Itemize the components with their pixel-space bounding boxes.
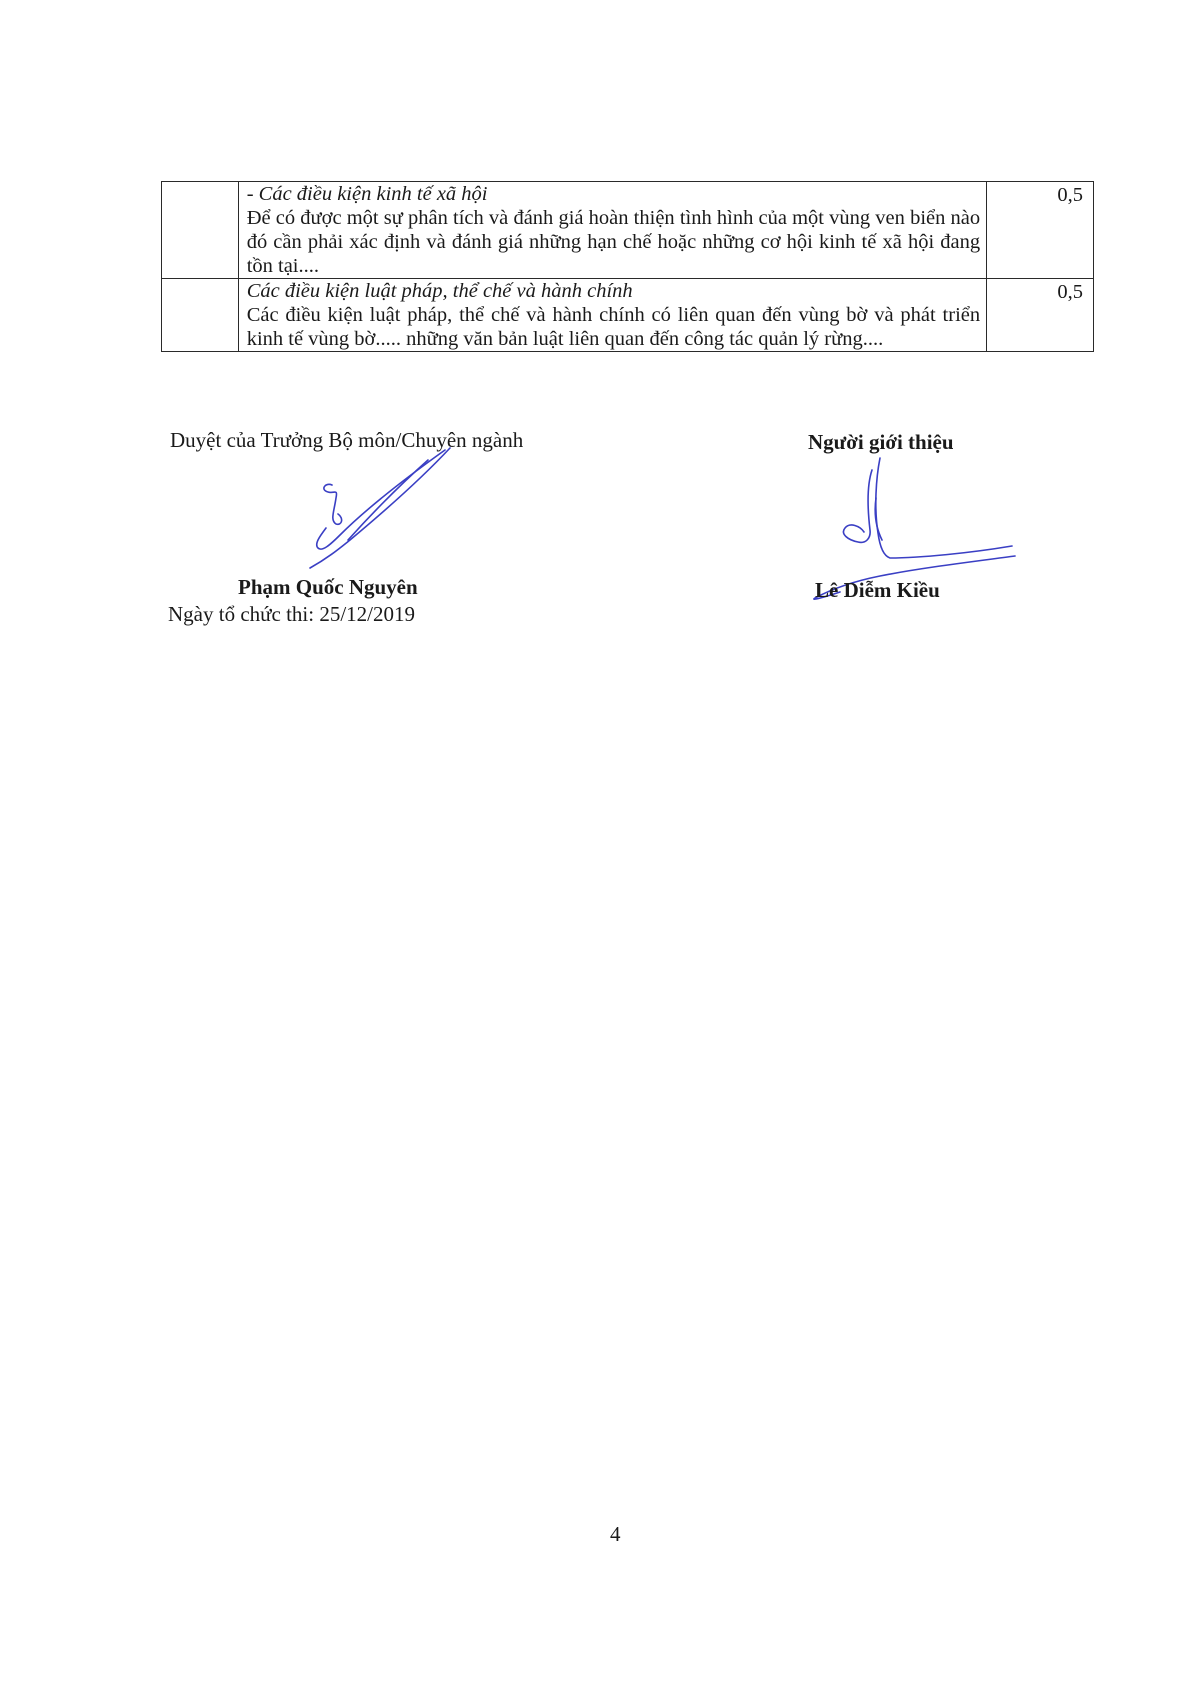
criterion-title: - Các điều kiện kinh tế xã hội — [247, 182, 980, 206]
table-row: Các điều kiện luật pháp, thể chế và hành… — [162, 279, 1094, 352]
grading-table: - Các điều kiện kinh tế xã hội Để có đượ… — [161, 181, 1094, 352]
score-cell: 0,5 — [987, 279, 1094, 352]
criterion-description: Để có được một sự phân tích và đánh giá … — [247, 206, 980, 278]
index-cell — [162, 279, 239, 352]
approver-signature — [270, 440, 470, 570]
criterion-title: Các điều kiện luật pháp, thể chế và hành… — [247, 279, 980, 303]
approver-name: Phạm Quốc Nguyên — [238, 575, 418, 600]
introducer-name: Lê Diễm Kiều — [815, 578, 940, 603]
document-page: - Các điều kiện kinh tế xã hội Để có đượ… — [0, 0, 1191, 1683]
index-cell — [162, 182, 239, 279]
page-number: 4 — [610, 1522, 621, 1547]
score-cell: 0,5 — [987, 182, 1094, 279]
content-cell: - Các điều kiện kinh tế xã hội Để có đượ… — [238, 182, 986, 279]
exam-date: Ngày tổ chức thi: 25/12/2019 — [168, 602, 415, 627]
table-row: - Các điều kiện kinh tế xã hội Để có đượ… — [162, 182, 1094, 279]
criterion-description: Các điều kiện luật pháp, thể chế và hành… — [247, 303, 980, 351]
content-cell: Các điều kiện luật pháp, thể chế và hành… — [238, 279, 986, 352]
introducer-label: Người giới thiệu — [808, 430, 954, 455]
